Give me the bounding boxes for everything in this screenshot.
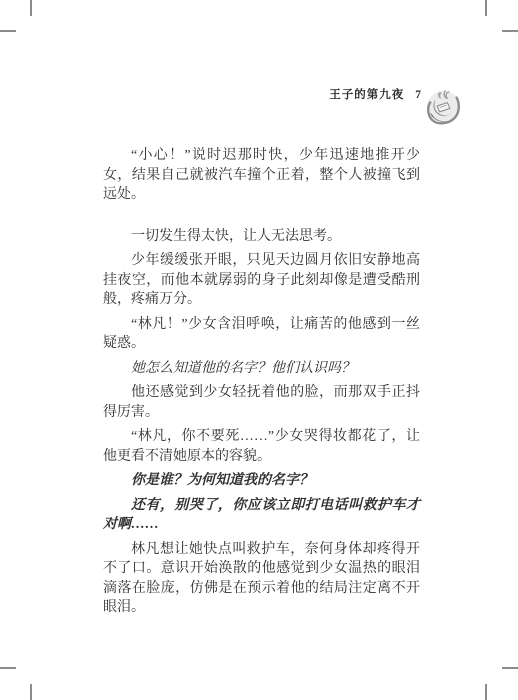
paragraph-thought-bold: 你是谁？为何知道我的名字？ xyxy=(103,471,420,491)
crop-mark-bottom-left-horizontal xyxy=(0,667,16,669)
paragraph: 林凡想让她快点叫救护车，奈何身体却疼得开不了口。意识开始涣散的他感觉到少女温热的… xyxy=(103,540,420,618)
crop-mark-bottom-right-horizontal xyxy=(502,667,518,669)
paragraph: 少年缓缓张开眼，只见天边圆月依旧安静地高挂夜空，而他本就孱弱的身子此刻却像是遭受… xyxy=(103,251,420,310)
paragraph: “林凡，你不要死……”少女哭得妆都花了，让他更看不清她原本的容貌。 xyxy=(103,427,420,466)
paragraph: “小心！”说时迟那时快，少年迅速地推开少女，结果自己就被汽车撞个正着，整个人被撞… xyxy=(103,146,420,205)
book-title: 王子的第九夜 xyxy=(329,89,404,101)
phoenix-ink-stamp-icon xyxy=(424,87,463,126)
crop-mark-top-right-horizontal xyxy=(502,30,518,32)
paragraph-thought: 她怎么知道他的名字？他们认识吗？ xyxy=(103,359,420,379)
paragraph: 一切发生得太快，让人无法思考。 xyxy=(103,227,420,247)
body-text-column: “小心！”说时迟那时快，少年迅速地推开少女，结果自己就被汽车撞个正着，整个人被撞… xyxy=(103,146,420,623)
page-number: 7 xyxy=(415,89,421,101)
paragraph-thought-bold: 还有，别哭了，你应该立即打电话叫救护车才对啊…… xyxy=(103,496,420,535)
crop-mark-bottom-left-vertical xyxy=(30,684,32,700)
paragraph: 他还感觉到少女轻抚着他的脸，而那双手正抖得厉害。 xyxy=(103,383,420,422)
crop-mark-top-right-vertical xyxy=(485,0,487,16)
crop-mark-bottom-right-vertical xyxy=(485,684,487,700)
paragraph: “林凡！”少女含泪呼唤，让痛苦的他感到一丝疑惑。 xyxy=(103,315,420,354)
ebook-page: 王子的第九夜7 “小心！”说时迟那时快，少年迅速地推开少女，结果自己就被汽车撞个… xyxy=(0,0,518,700)
crop-mark-top-left-horizontal xyxy=(0,30,16,32)
running-header: 王子的第九夜7 xyxy=(103,86,421,102)
crop-mark-top-left-vertical xyxy=(30,0,32,16)
